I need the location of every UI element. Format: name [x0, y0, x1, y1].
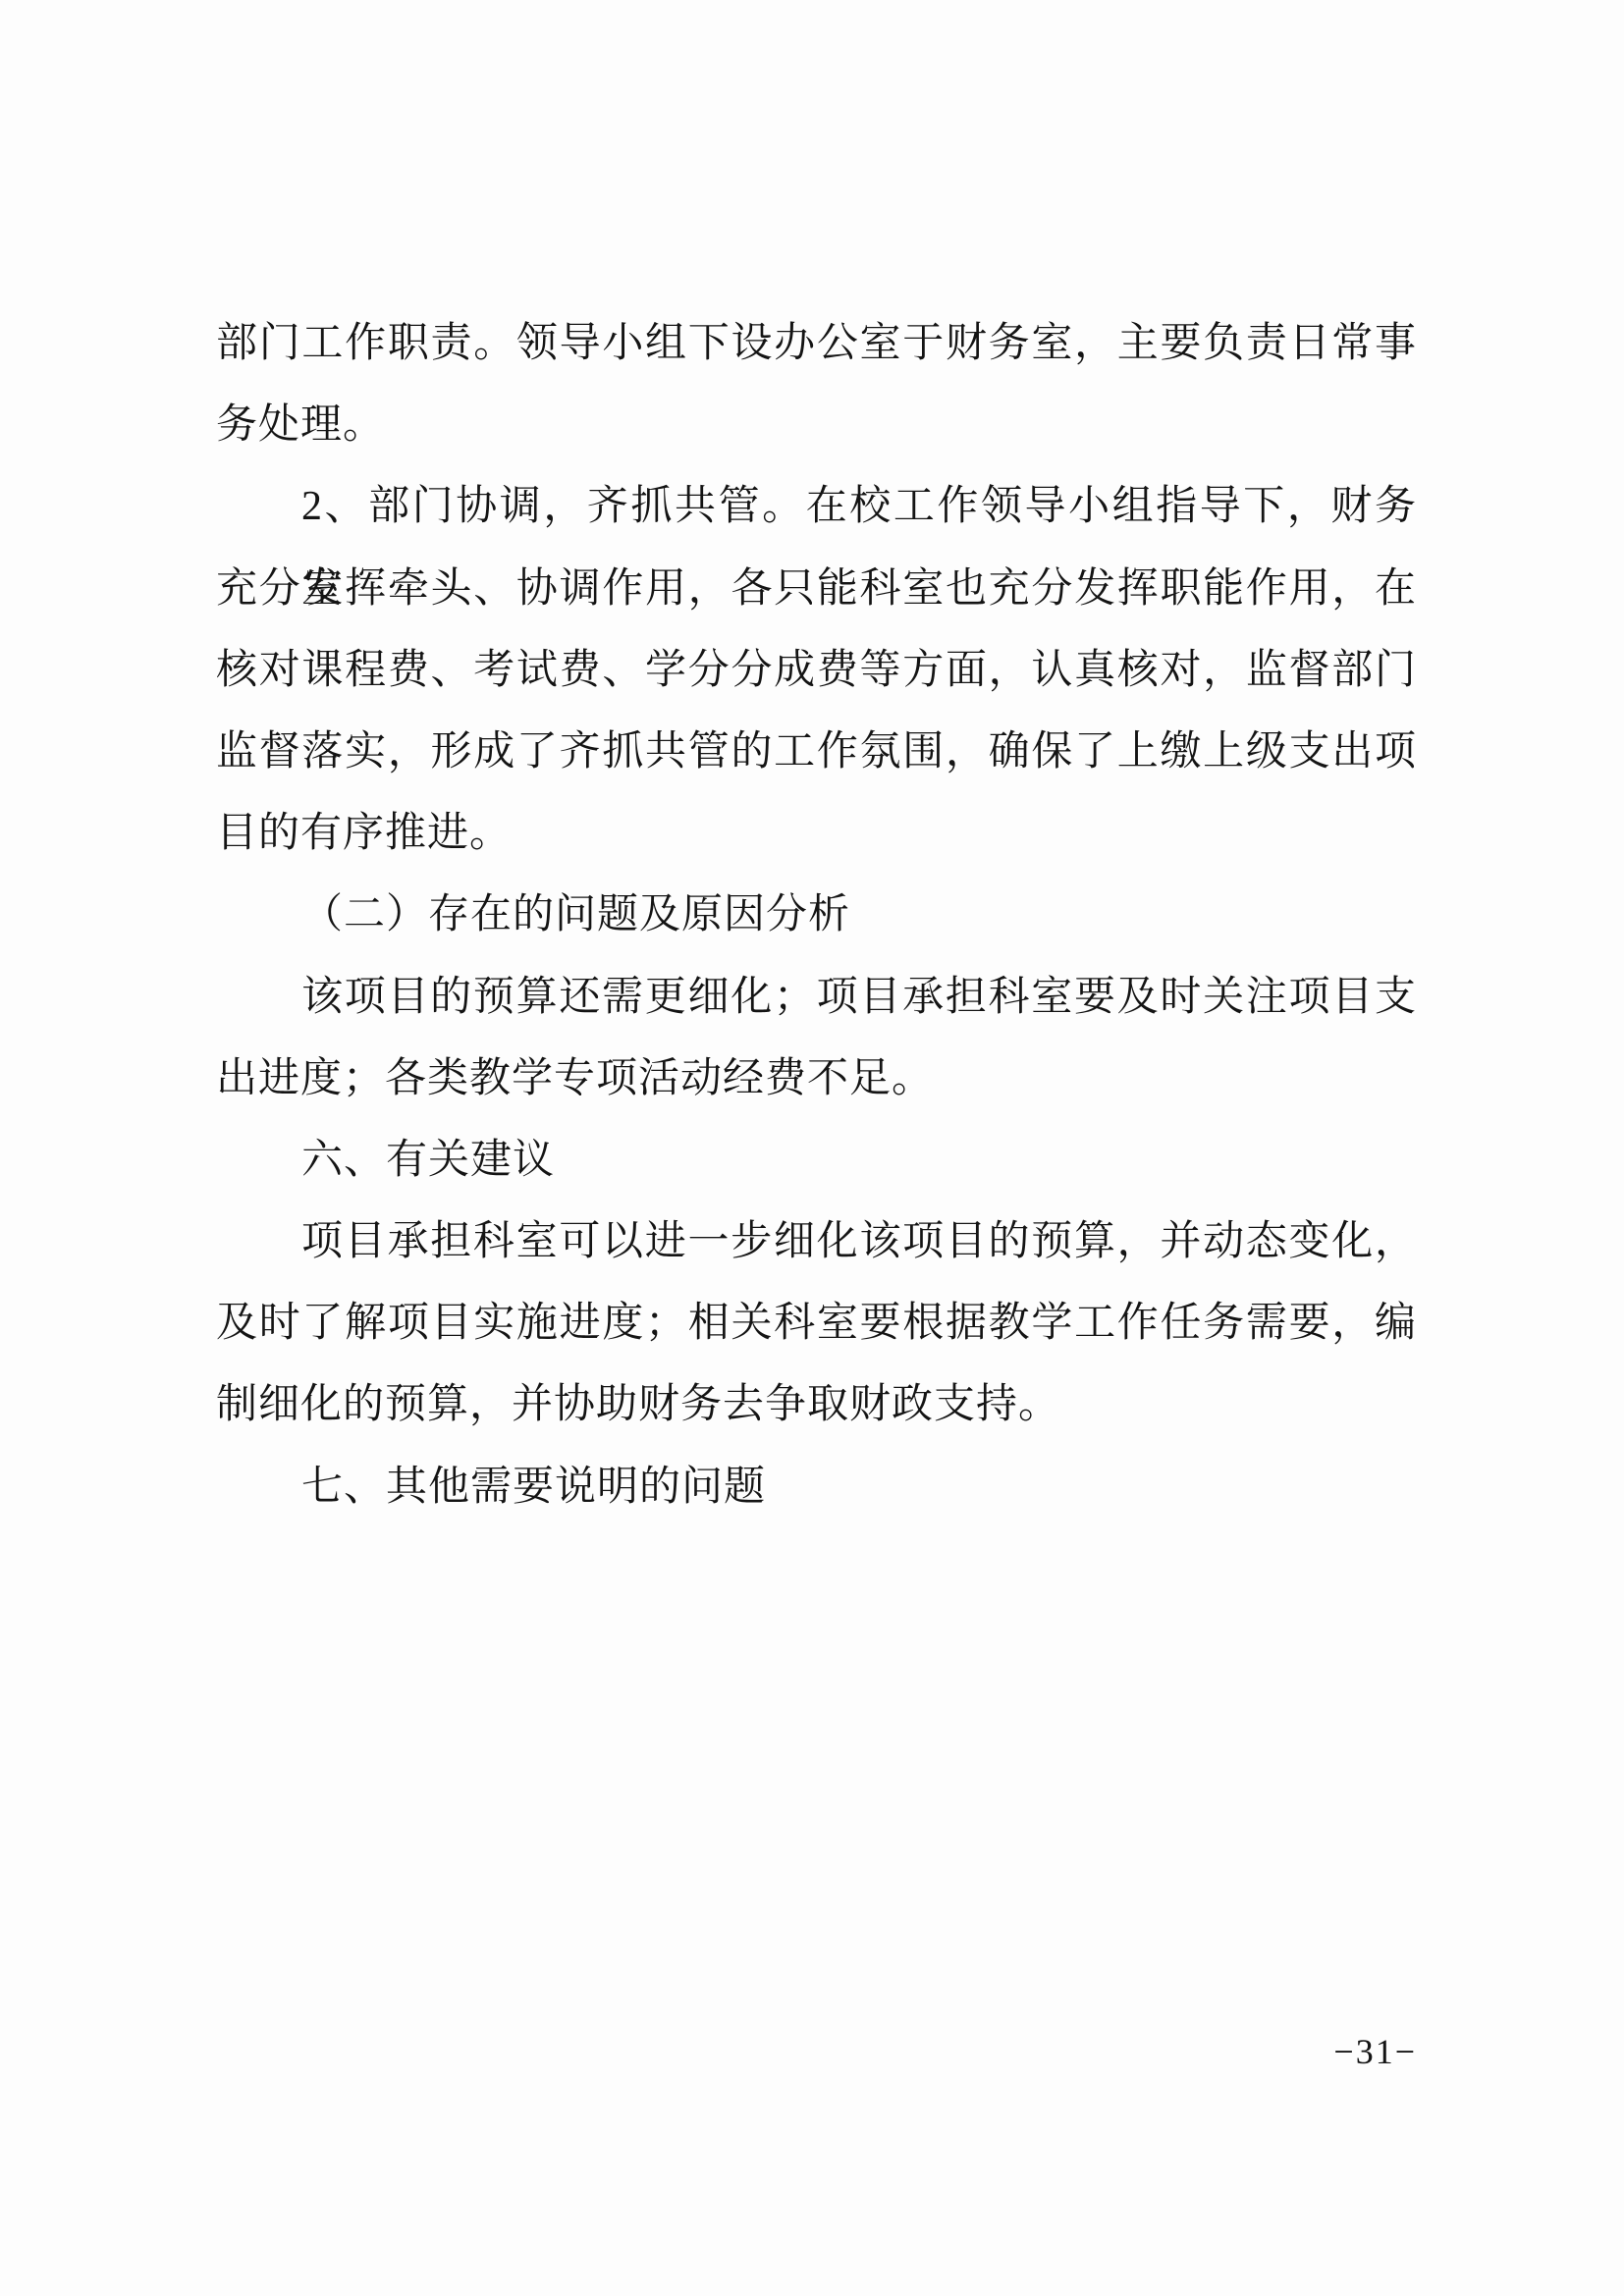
body-text: 部门工作职责。领导小组下设办公室于财务室，主要负责日常事务处理。2、部门协调，齐…	[216, 303, 1417, 1528]
text-line: 七、其他需要说明的问题	[216, 1447, 1417, 1528]
text-line: 监督落实，形成了齐抓共管的工作氛围，确保了上缴上级支出项	[216, 712, 1417, 793]
text-line: 出进度；各类教学专项活动经费不足。	[216, 1039, 1417, 1120]
text-line: 核对课程费、考试费、学分分成费等方面，认真核对，监督部门	[216, 630, 1417, 712]
text-line: 制细化的预算，并协助财务去争取财政支持。	[216, 1364, 1417, 1446]
text-line: （二）存在的问题及原因分析	[216, 875, 1417, 956]
text-line: 该项目的预算还需更细化；项目承担科室要及时关注项目支	[216, 957, 1417, 1039]
page-number: −31−	[1333, 2030, 1417, 2073]
text-line: 部门工作职责。领导小组下设办公室于财务室，主要负责日常事	[216, 303, 1417, 385]
text-line: 务处理。	[216, 385, 1417, 466]
text-line: 充分发挥牵头、协调作用，各只能科室也充分发挥职能作用，在	[216, 549, 1417, 630]
text-line: 六、有关建议	[216, 1120, 1417, 1201]
text-line: 及时了解项目实施进度；相关科室要根据教学工作任务需要，编	[216, 1283, 1417, 1364]
text-line: 目的有序推进。	[216, 793, 1417, 875]
text-line: 项目承担科室可以进一步细化该项目的预算，并动态变化，	[216, 1201, 1417, 1283]
document-page: 部门工作职责。领导小组下设办公室于财务室，主要负责日常事务处理。2、部门协调，齐…	[0, 0, 1624, 2296]
text-line: 2、部门协调，齐抓共管。在校工作领导小组指导下，财务室	[216, 466, 1417, 548]
